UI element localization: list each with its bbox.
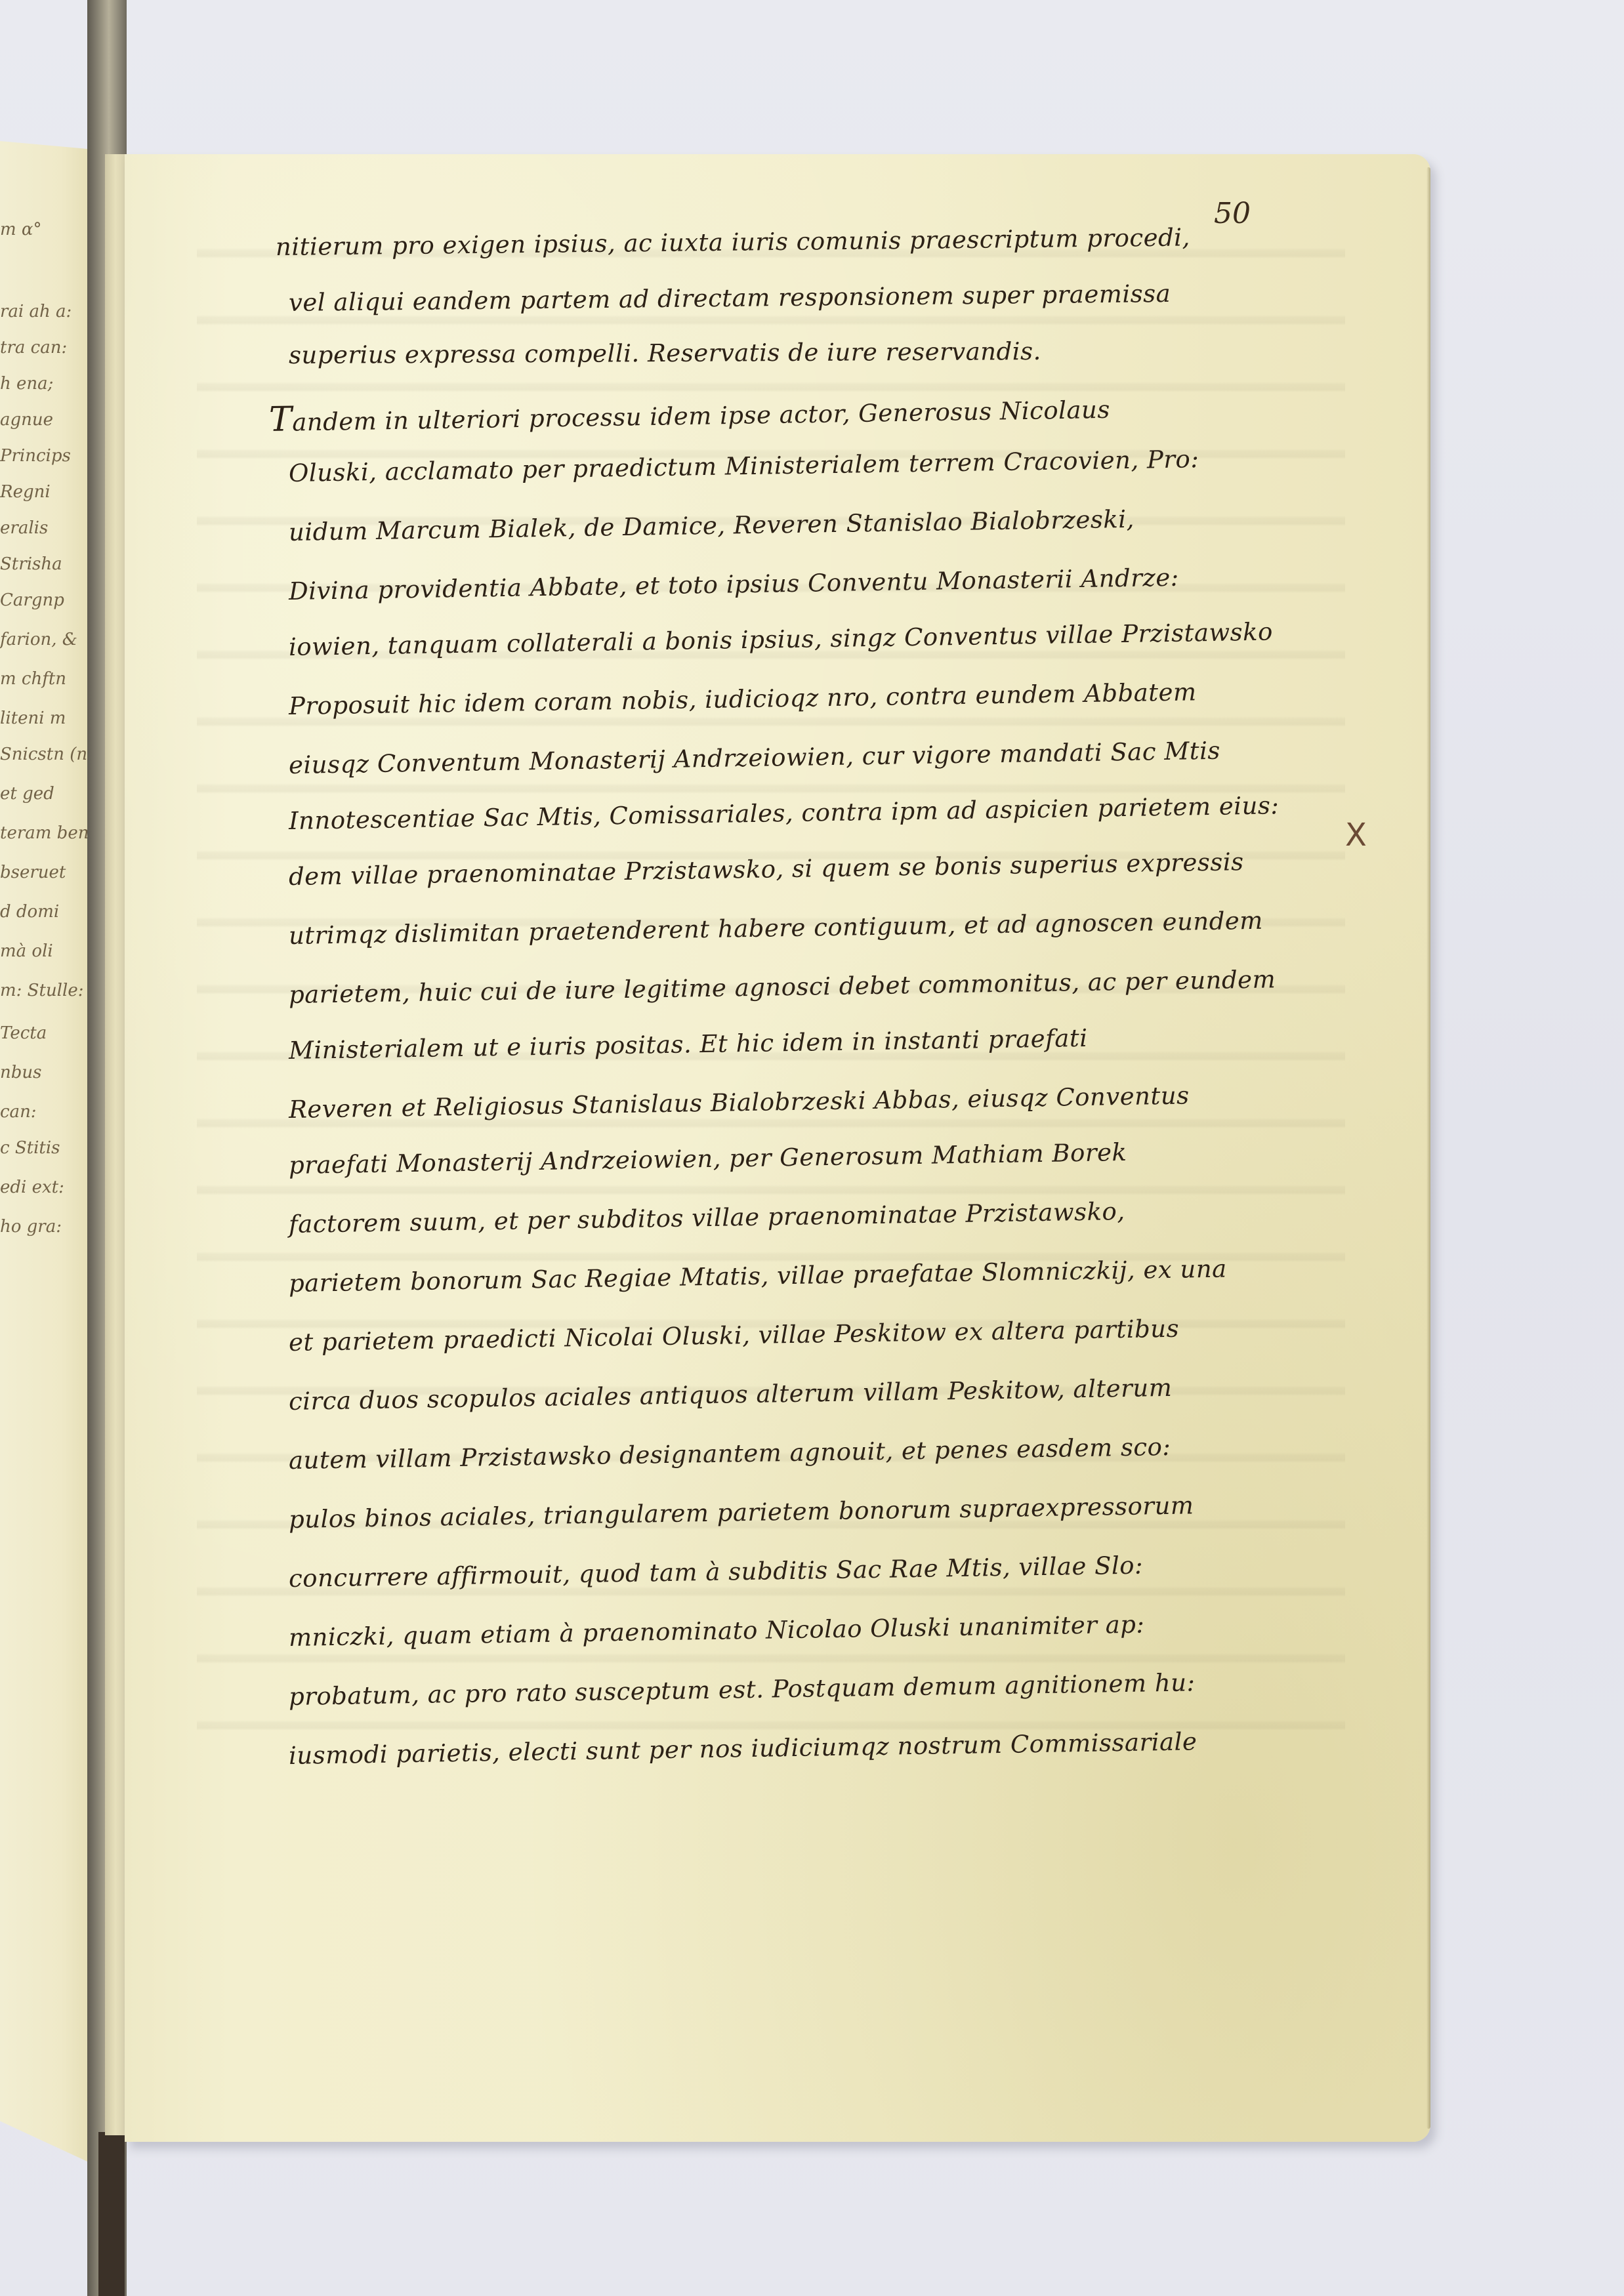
left-margin-fragment: Princips	[0, 446, 71, 466]
left-margin-fragment: Cargnp	[0, 590, 64, 610]
left-margin-fragment: eralis	[0, 518, 48, 538]
folio-number: 50	[1214, 197, 1251, 230]
left-margin-fragment: Snicstn (n:	[0, 745, 93, 764]
manuscript-line: superius expressa compelli. Reservatis d…	[289, 337, 1041, 369]
left-margin-fragment: teram ben	[0, 823, 89, 843]
left-margin-fragment: m α°	[0, 220, 41, 239]
left-margin-fragment: c Stitis	[0, 1138, 60, 1158]
left-margin-fragment: ho gra:	[0, 1217, 62, 1237]
left-margin-fragment: d domi	[0, 902, 59, 922]
page-gutter	[105, 154, 126, 2135]
left-margin-fragment: edi ext:	[0, 1178, 64, 1197]
binding-shadow	[98, 2132, 125, 2296]
left-margin-fragment: m: Stulle:	[0, 981, 83, 1000]
left-margin-fragment: can:	[0, 1102, 37, 1122]
left-margin-fragment: et ged	[0, 784, 54, 804]
left-margin-fragment: bseruet	[0, 863, 66, 882]
left-margin-fragment: Tecta	[0, 1023, 47, 1043]
left-margin-fragment: mà oli	[0, 941, 53, 961]
left-margin-fragment: Regni	[0, 482, 51, 502]
margin-x-mark: X	[1345, 817, 1367, 853]
left-margin-fragment: h ena;	[0, 374, 53, 394]
left-margin-fragment: farion, &	[0, 630, 77, 649]
left-margin-fragment: nbus	[0, 1063, 41, 1082]
left-margin-fragment: tra can:	[0, 338, 67, 358]
left-margin-fragment: agnue	[0, 410, 53, 430]
left-margin-fragment: rai ah a:	[0, 302, 72, 321]
left-margin-fragment: m chftn	[0, 669, 66, 689]
left-margin-fragment: liteni m	[0, 708, 66, 728]
left-margin-fragment: Strisha	[0, 554, 62, 574]
